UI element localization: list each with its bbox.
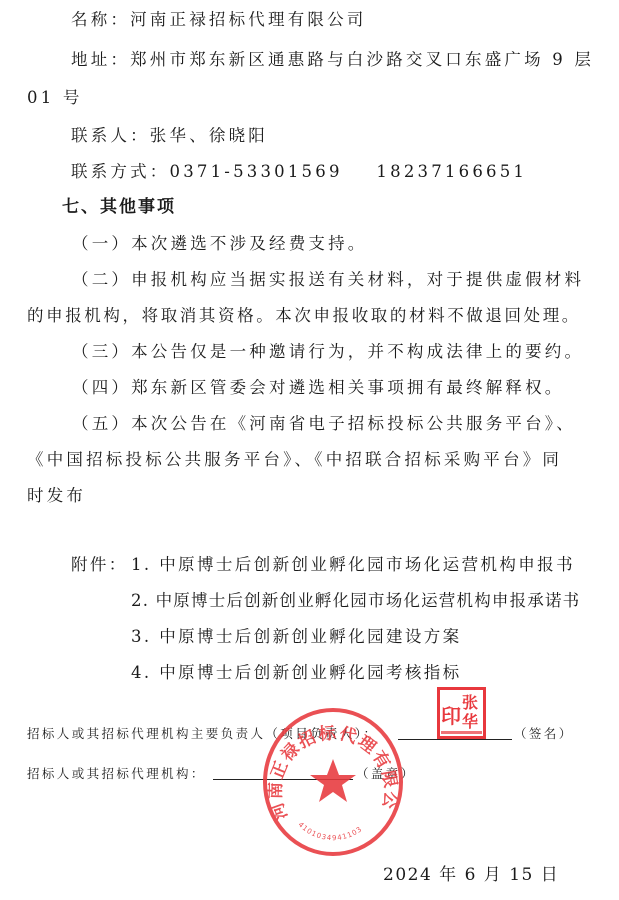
item-4: （四）郑东新区管委会对遴选相关事项拥有最终解释权。 [72,378,565,398]
svg-text:印: 印 [441,704,461,728]
svg-text:张: 张 [462,693,478,712]
attachments-label: 附件： [71,555,128,575]
svg-text:河南正禄招标代理有限公司: 河南正禄招标代理有限公司 [258,707,401,822]
item-5-cont2: 时发布 [27,486,86,506]
attachment-4: 4. 中原博士后创新创业孵化园考核指标 [131,663,462,683]
agency-address-cont: 01 号 [27,88,83,108]
item-2: （二）申报机构应当据实报送有关材料，对于提供虚假材料 [72,270,584,290]
name-seal-icon: 印 张 华 [437,687,486,739]
agency-label: 招标人或其招标代理机构： [27,764,206,784]
svg-text:4101034941103: 4101034941103 [297,821,364,843]
company-seal-icon: 河南正禄招标代理有限公司 4101034941103 [258,707,408,857]
item-1: （一）本次遴选不涉及经费支持。 [72,234,368,254]
attachment-2: 2. 中原博士后创新创业孵化园市场化运营机构申报承诺书 [131,591,580,611]
item-5-cont: 《中国招标投标公共服务平台》、《中招联合招标采购平台》同 [27,450,562,470]
signing-date: 2024 年 6 月 15 日 [383,865,559,885]
agency-address: 地址：郑州市郑东新区通惠路与白沙路交叉口东盛广场 9 层 [71,50,594,70]
principal-signature-line [398,739,512,740]
agency-name: 名称：河南正禄招标代理有限公司 [71,10,367,30]
attachment-3: 3. 中原博士后创新创业孵化园建设方案 [131,627,462,647]
item-5: （五）本次公告在《河南省电子招标投标公共服务平台》、 [72,414,576,434]
svg-text:华: 华 [462,712,478,731]
item-2-cont: 的申报机构，将取消其资格。本次申报收取的材料不做退回处理。 [27,306,581,326]
section-heading: 七、其他事项 [62,197,176,217]
attachment-1: 1. 中原博士后创新创业孵化园市场化运营机构申报书 [131,555,575,575]
agency-phone: 联系方式：0371-53301569 18237166651 [71,162,527,182]
item-3: （三）本公告仅是一种邀请行为，并不构成法律上的要约。 [72,342,584,362]
agency-contacts: 联系人：张华、徐晓阳 [71,126,268,146]
principal-suffix: （签名） [514,724,574,744]
